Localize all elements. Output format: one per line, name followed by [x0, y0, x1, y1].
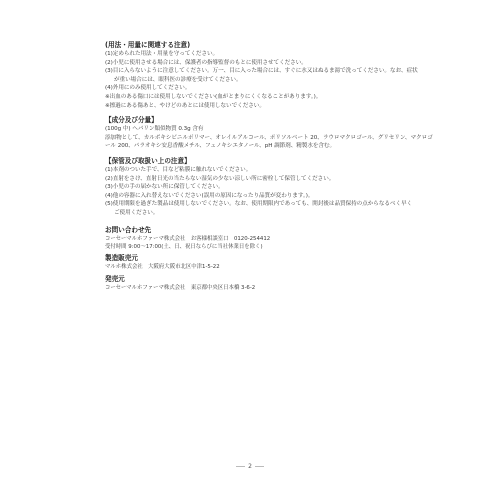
- ingredients-section: 【成分及び分量】 (100g 中) ヘパリン類似物質 0.3g 含有 添加物とし…: [105, 116, 405, 151]
- manufacturer-section: 製造販売元 マルホ株式会社 大阪府大阪市北区中津1-5-22: [105, 254, 405, 271]
- storage-line: (3)小児の手の届かない所に保管してください。: [105, 183, 405, 192]
- storage-line: (5)使用期限を過ぎた製品は使用しないでください。なお、使用期限内であっても、開…: [105, 200, 405, 209]
- page-number: 2: [248, 463, 252, 470]
- storage-line: ご使用ください。: [105, 209, 405, 218]
- usage-precautions-heading: (用法・用量に関連する注意): [105, 41, 405, 50]
- ingredients-heading: 【成分及び分量】: [105, 116, 405, 125]
- storage-line: (1)本剤のついた手で、目など粘膜に触れないでください。: [105, 166, 405, 175]
- footer-dash-right: [255, 466, 264, 467]
- usage-precautions-section: (用法・用量に関連する注意) (1)定められた用法・用量を守ってください。 (2…: [105, 41, 405, 110]
- document-page: (用法・用量に関連する注意) (1)定められた用法・用量を守ってください。 (2…: [105, 41, 405, 292]
- usage-precaution-line: が重い場合には、眼科医の診療を受けてください。: [105, 76, 405, 85]
- storage-line: (4)他の容器に入れ替えないでください(誤用の原因になったり品質が変わります。)…: [105, 192, 405, 201]
- ingredient-line: (100g 中) ヘパリン類似物質 0.3g 含有: [105, 125, 405, 134]
- storage-line: (2)直射をさけ、直射日光の当たらない湿気の少ない涼しい所に密栓して保管してくだ…: [105, 175, 405, 184]
- storage-section: 【保管及び取扱い上の注意】 (1)本剤のついた手で、目など粘膜に触れないでくださ…: [105, 157, 405, 218]
- ingredient-line: 添加物として、カルボキシビニルポリマー、オレイルアルコール、ポリソルベート 20…: [105, 134, 405, 143]
- contact-company-phone: コーセーマルホファーマ株式会社 お客様相談室口 0120-254412: [105, 235, 405, 243]
- usage-precaution-line: ※出血のある傷口には使用しないでください(血がとまりにくくなることがあります。)…: [105, 93, 405, 102]
- usage-precaution-line: (2)小児に使用させる場合には、保護者の指導監督のもとに使用させてください。: [105, 59, 405, 68]
- footer-dash-left: [236, 466, 245, 467]
- distributor-heading: 発売元: [105, 275, 405, 284]
- manufacturer-heading: 製造販売元: [105, 254, 405, 263]
- page-footer: 2: [0, 463, 500, 470]
- usage-precaution-line: (4)外用にのみ使用してください。: [105, 84, 405, 93]
- manufacturer-address: マルホ株式会社 大阪府大阪市北区中津1-5-22: [105, 263, 405, 271]
- usage-precaution-line: ※擦過にある傷あと、やけどのあとには使用しないでください。: [105, 102, 405, 111]
- contact-heading: お問い合わせ先: [105, 226, 405, 235]
- distributor-section: 発売元 コーセーマルホファーマ株式会社 東京都中央区日本橋 3-6-2: [105, 275, 405, 292]
- contact-section: お問い合わせ先 コーセーマルホファーマ株式会社 お客様相談室口 0120-254…: [105, 226, 405, 252]
- ingredient-line: ール 200、パラオキシ安息香酸メチル、フェノキシエタノール、pH 調節剤、精製…: [105, 142, 405, 151]
- storage-heading: 【保管及び取扱い上の注意】: [105, 157, 405, 166]
- distributor-address: コーセーマルホファーマ株式会社 東京都中央区日本橋 3-6-2: [105, 284, 405, 292]
- contact-hours: 受付時間 9:00～17:00(土、日、祝日ならびに当社休業日を除く): [105, 243, 405, 251]
- usage-precaution-line: (1)定められた用法・用量を守ってください。: [105, 50, 405, 59]
- usage-precaution-line: (3)目に入らないように注意してください。万一、目に入った場合には、すぐに水又は…: [105, 67, 405, 76]
